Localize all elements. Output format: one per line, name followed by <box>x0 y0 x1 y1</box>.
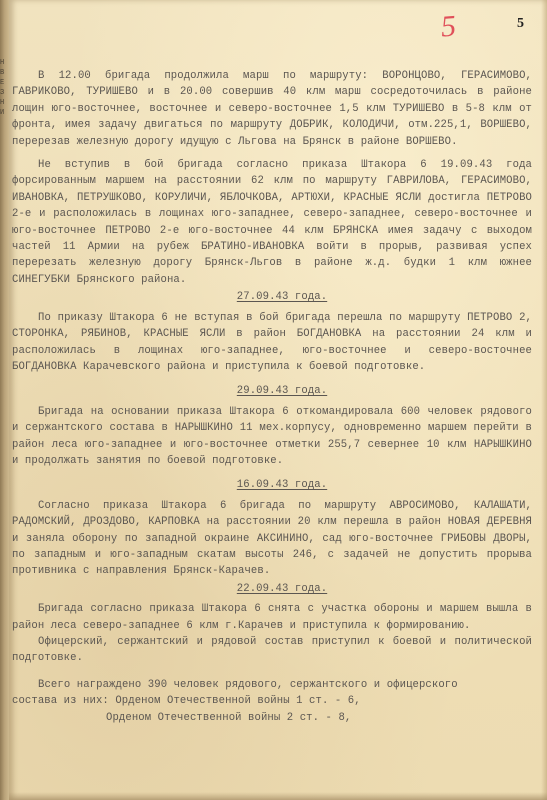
date-heading: 22.09.43 года. <box>12 581 532 597</box>
page-binding-edge: Н В Е З Н И <box>0 0 9 800</box>
paragraph: Согласно приказа Штакора 6 бригада по ма… <box>12 498 532 580</box>
date-heading: 29.09.43 года. <box>12 383 532 399</box>
awards-lead: состава из них: <box>12 695 109 707</box>
page-bottom-edge <box>9 792 547 800</box>
date-heading: 27.09.43 года. <box>12 289 532 305</box>
paragraph: Бригада согласно приказа Штакора 6 снята… <box>12 601 532 634</box>
paragraph: Не вступив в бой бригада согласно приказ… <box>12 157 532 288</box>
binding-margin-text: Н В Е З Н И <box>0 58 9 118</box>
paragraph: Офицерский, сержантский и рядовой состав… <box>12 634 532 667</box>
paragraph: Бригада на основании приказа Штакора 6 о… <box>12 404 532 470</box>
awards-block: Всего награждено 390 человек рядового, с… <box>12 677 532 726</box>
page-right-edge <box>541 0 547 800</box>
awards-summary: Всего награждено 390 человек рядового, с… <box>12 677 532 693</box>
paragraph: В 12.00 бригада продолжила марш по маршр… <box>12 68 532 150</box>
award-line: состава из них: Орденом Отечественной во… <box>12 693 532 709</box>
page-number: 5 <box>517 16 524 32</box>
award-item: Орденом Отечественной войны 1 ст. - 6, <box>115 695 360 707</box>
document-body: В 12.00 бригада продолжила марш по маршр… <box>12 68 532 726</box>
award-item: Орденом Отечественной войны 2 ст. - 8, <box>12 710 532 726</box>
paragraph: По приказу Штакора 6 не вступая в бой бр… <box>12 310 532 376</box>
date-heading: 16.09.43 года. <box>12 477 532 493</box>
archive-sheet-number: 5 <box>440 12 457 43</box>
